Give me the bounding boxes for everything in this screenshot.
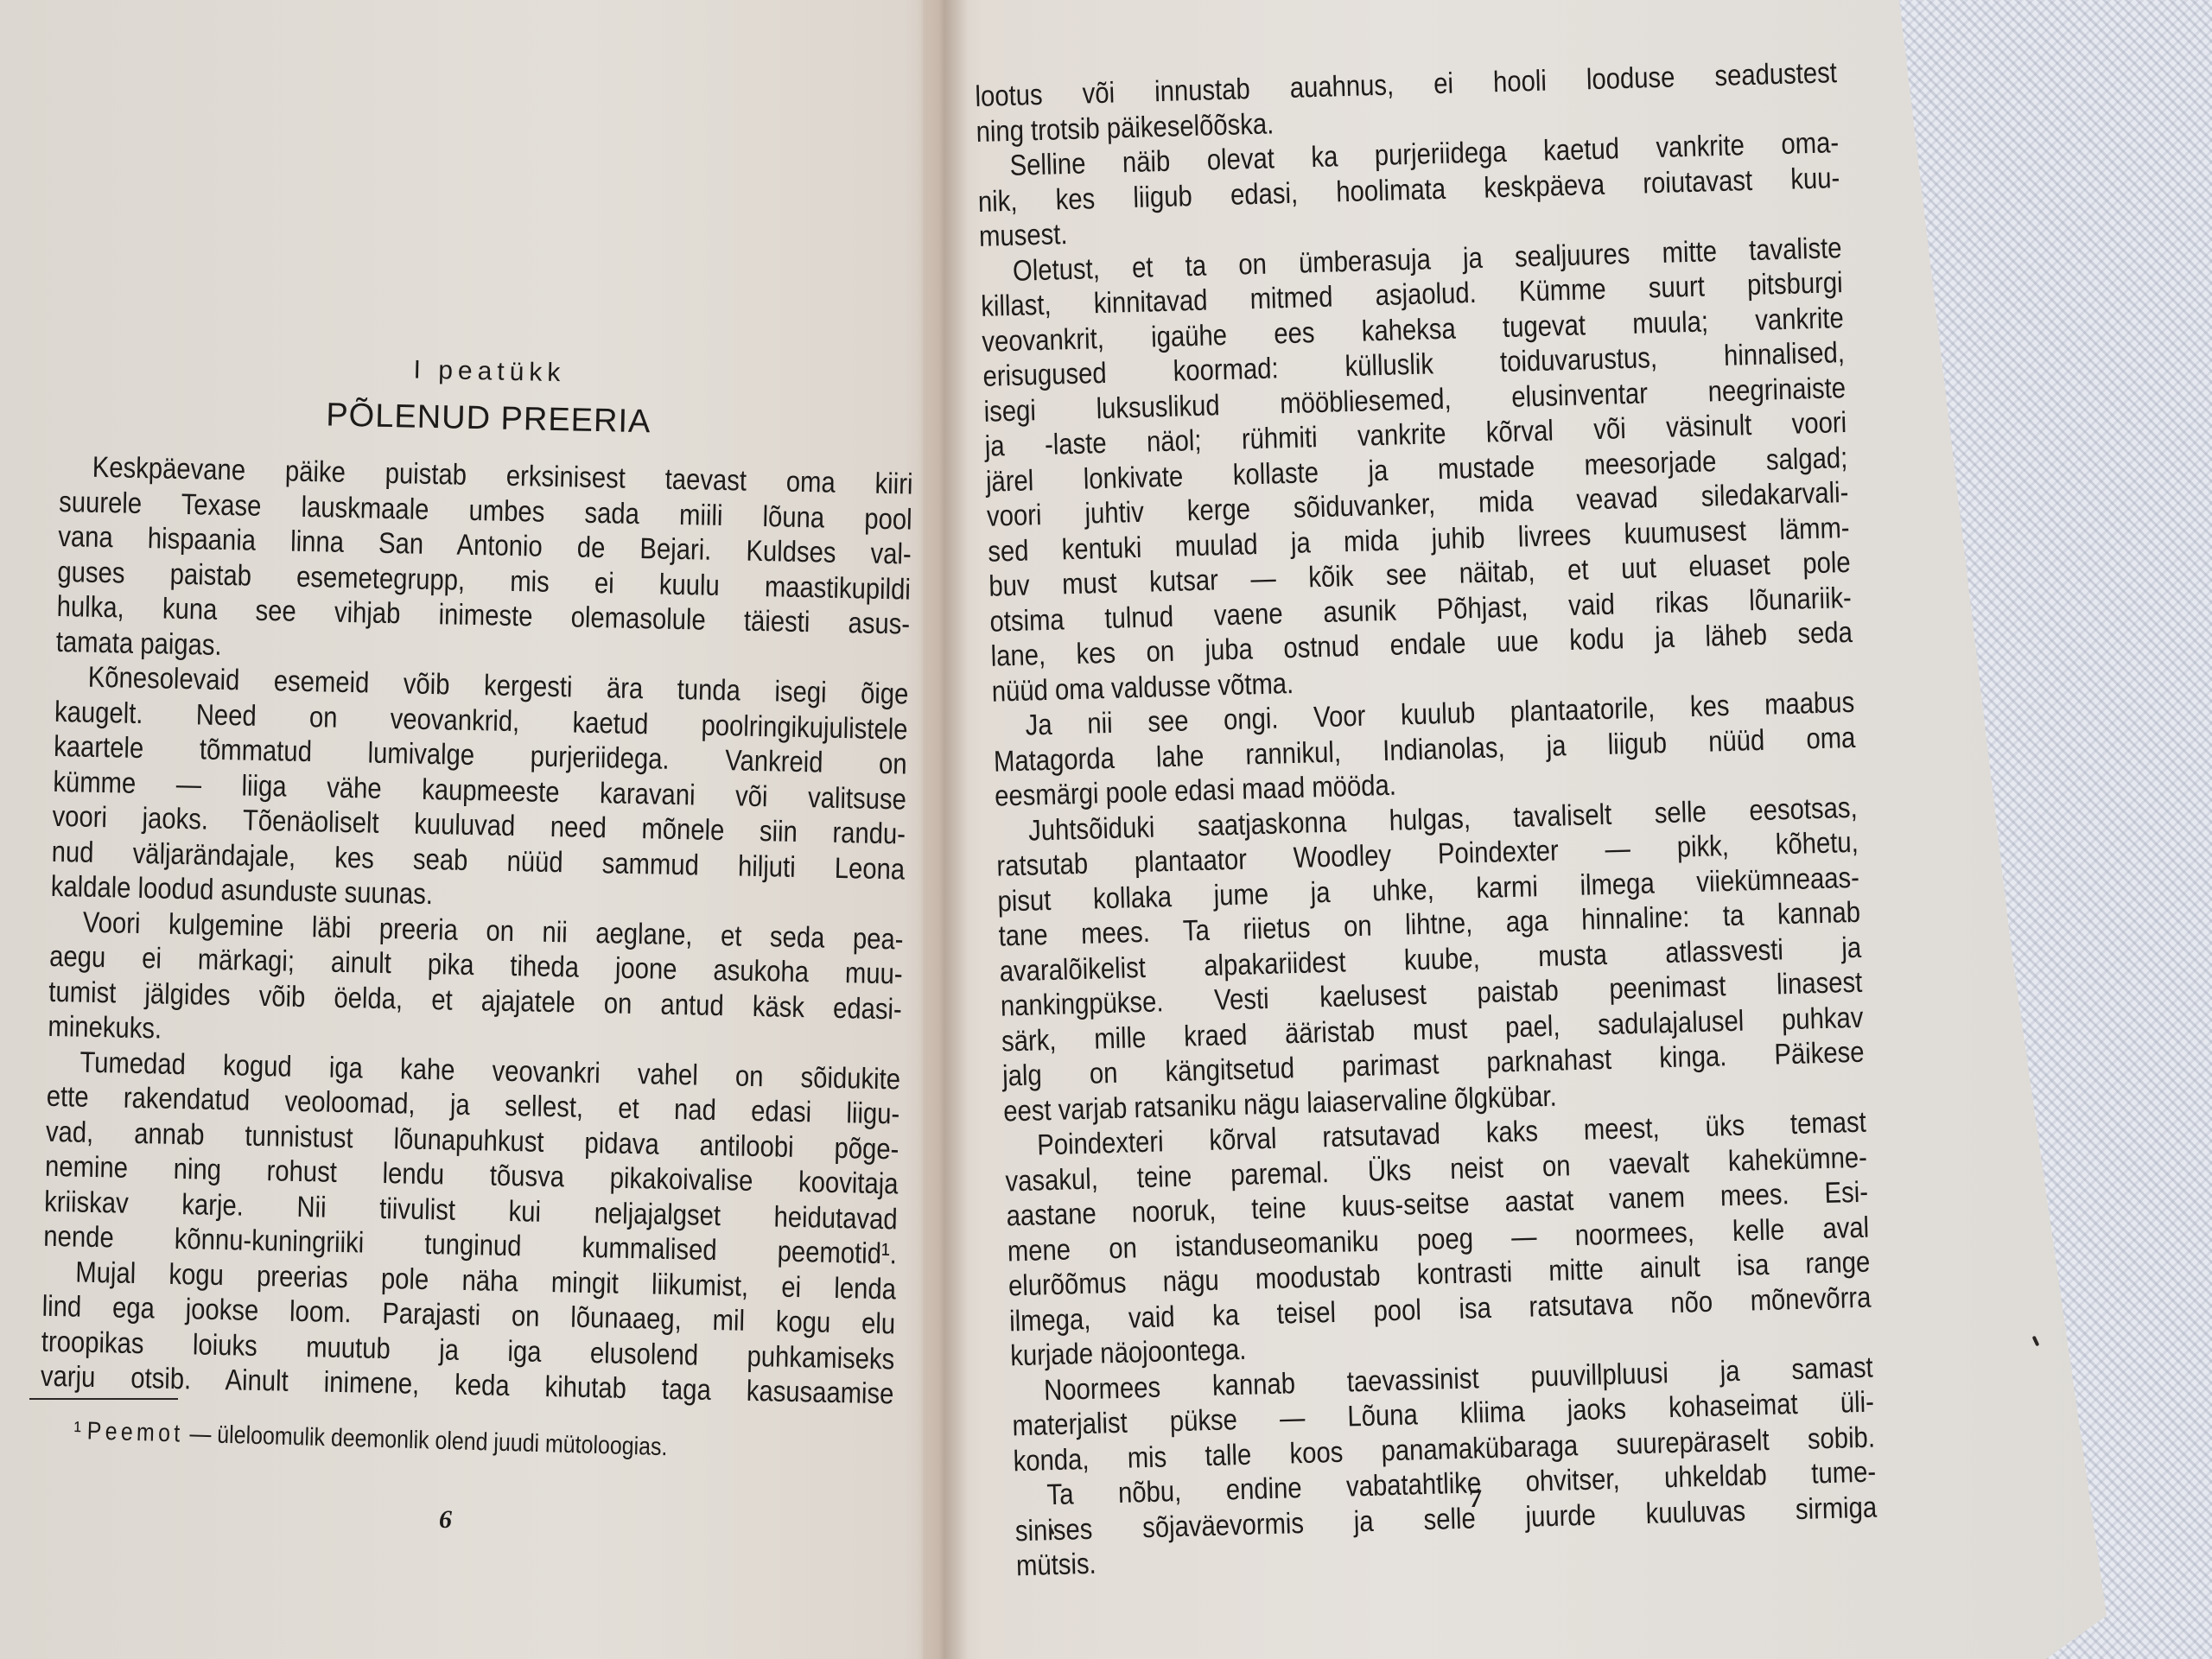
paragraph: Kõnesolevaid esemeid võib kergesti ära t… (50, 659, 908, 922)
page-number-left: 6 (439, 1505, 452, 1535)
paragraph: Poindexteri kõrval ratsutavad kaks meest… (1004, 1105, 1872, 1374)
chapter-title: PÕLENUD PREERIA (60, 387, 917, 450)
right-page-text: lootus või innustab auahnus, ei hooli lo… (975, 55, 1880, 1584)
footnote-marker: ¹ (73, 1417, 81, 1445)
paragraph: Oletust, et ta on ümberasuja ja sealjuur… (980, 231, 1854, 709)
footnote-divider (29, 1398, 178, 1400)
paragraph: Voori kulgemine läbi preeria on nii aegl… (48, 904, 904, 1062)
paragraph: Tumedad kogud iga kahe veovankri vahel o… (43, 1044, 900, 1272)
paragraph: Mujal kogu preerias pole näha mingit lii… (41, 1254, 897, 1412)
paragraph: Keskpäevane päike puistab erksinisest ta… (55, 449, 912, 677)
open-book: I peatükk PÕLENUD PREERIA Keskpäevane pä… (0, 0, 2212, 1659)
footnote-term: Peemot (86, 1417, 184, 1447)
book-gutter (916, 0, 968, 1659)
page-number-right: 7 (1469, 1484, 1482, 1514)
left-page-text: I peatükk PÕLENUD PREERIA Keskpäevane pä… (41, 346, 918, 1412)
paragraph: Juhtsõiduki saatjaskonna hulgas, tavalis… (995, 790, 1866, 1128)
